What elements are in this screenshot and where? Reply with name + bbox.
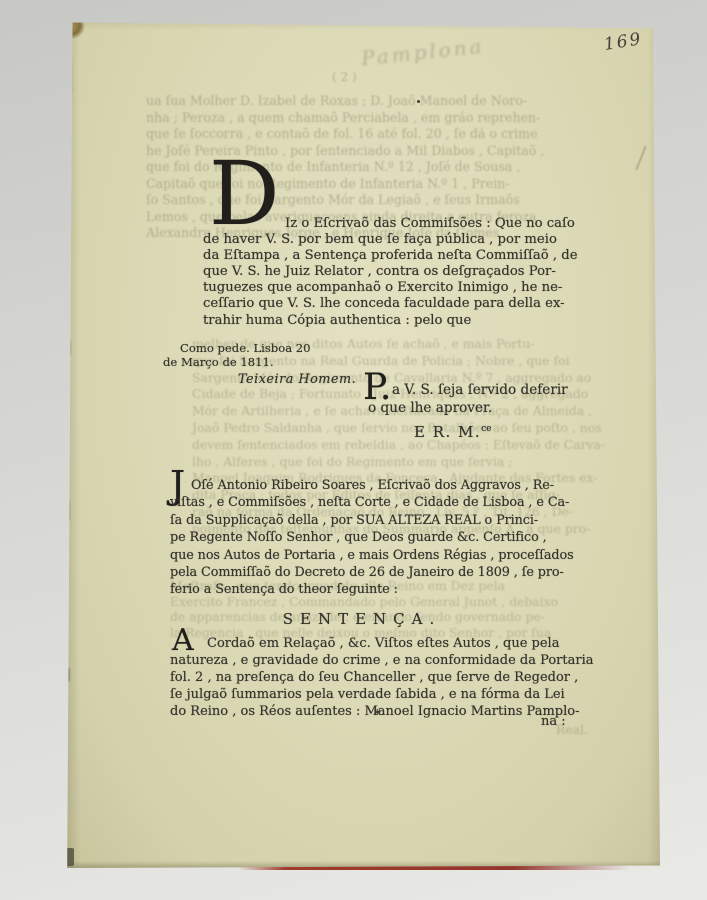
er-superscript: ce [481, 424, 491, 434]
text-line: do Reino , os Réos auſentes : Manoel Ign… [170, 704, 594, 721]
showthrough-line: Joaõ Pedro Saldanha , que ſervio nos Bat… [192, 420, 605, 437]
showthrough-line: que ſe ſoccorra , e contaõ de fol. 16 at… [146, 126, 544, 143]
er-mce-formula: E R. M.ce [414, 423, 492, 441]
text-line: Cordaõ em Relaçaõ , &c. Viſtos eſtes Aut… [170, 636, 594, 653]
showthrough-folio-mark: ( 2 ) [332, 70, 357, 84]
pencil-annotation: Pamplona [360, 34, 485, 71]
hyphen-carry: na : [541, 714, 566, 729]
bottom-left-chip [64, 848, 74, 866]
text-line: viſtas , e Commiſsões , neſta Corte , e … [170, 494, 574, 511]
grant-date-line: Como pede. Lisboa 20 [180, 341, 311, 355]
text-line: ſe julgaõ ſummarios pela verdade ſabida … [170, 687, 594, 704]
text-line: que nos Autos de Portaria , e mais Orden… [170, 547, 574, 564]
text-line: tuguezes que acompanhaõ o Exercito Inimi… [203, 280, 578, 296]
text-line: Iz o Eſcrivaõ das Commiſsões : Que no ca… [203, 216, 578, 232]
text-line: pela Commiſſaõ do Decreto de 26 de Janei… [170, 564, 574, 581]
photo-background: ( 2 ) ua ſua Molher D. Izabel de Roxas ;… [0, 0, 707, 900]
text-line: que V. S. he Juiz Relator , contra os de… [203, 264, 578, 280]
folio-number-handwritten: 169 [603, 29, 644, 55]
text-line: ceſſario que V. S. lhe conceda faculdade… [203, 296, 578, 312]
showthrough-line: ua ſua Molher D. Izabel de Roxas ; D. Jo… [146, 93, 544, 110]
text-line: Oſé Antonio Ribeiro Soares , Eſcrivaõ do… [170, 477, 574, 494]
footnote-asterisk: * [374, 708, 381, 723]
grant-date: Como pede. Lisboa 20 de Março de 1811. [163, 341, 311, 369]
showthrough-line: Capitaõ que foi no Regimento de Infanter… [146, 176, 544, 193]
grant-date-line: de Março de 1811. [163, 355, 311, 369]
showthrough-line: he Joſé Pereira Pinto , por ſentenciado … [146, 143, 544, 160]
grant-line-1: a V. S. ſeja ſervido deferir [392, 382, 568, 398]
corner-stain [63, 17, 85, 39]
signature-teixeira-homem: Teixeira Homem. [238, 372, 356, 387]
ink-speck [417, 100, 420, 103]
showthrough-line: nha ; Peroza , a quem chamaõ Perciabela … [146, 110, 544, 127]
text-line: ferio a Sentença do theor ſeguinte : [170, 581, 574, 598]
stray-ink-stroke [635, 146, 647, 171]
certificate-paragraph: Oſé Antonio Ribeiro Soares , Eſcrivaõ do… [170, 477, 574, 599]
text-line: natureza , e gravidade do crime , e na c… [170, 653, 594, 670]
edge-chip [66, 58, 72, 94]
text-line: de haver V. S. por bem que ſe faça públi… [203, 232, 578, 248]
showthrough-line: devem ſentenciados em rebeldia , ao Chap… [192, 437, 605, 454]
sentenca-heading: SENTENÇA. [170, 610, 554, 628]
petition-paragraph: Iz o Eſcrivaõ das Commiſsões : Que no ca… [203, 216, 578, 329]
pamphlet-page: ( 2 ) ua ſua Molher D. Izabel de Roxas ;… [66, 20, 660, 868]
text-line: fol. 2 , na preſença do ſeu Chanceller ,… [170, 670, 594, 687]
edge-chip [65, 500, 70, 520]
edge-chip [66, 668, 70, 682]
grant-line-2: o que lhe aprover. [368, 400, 492, 416]
text-line: pe Regente Noſſo Senhor , que Deos guard… [170, 529, 574, 546]
text-line: da Eſtampa , a Sentença proferida neſta … [203, 248, 578, 264]
showthrough-line: que foi do Regimento de Infanteria N.º 1… [146, 159, 544, 176]
er-label: E R. M. [414, 423, 481, 441]
edge-chip [65, 135, 70, 157]
sentence-paragraph: Cordaõ em Relaçaõ , &c. Viſtos eſtes Aut… [170, 636, 594, 721]
showthrough-line: ſo Santos , que foi Sargento Mór da Legi… [146, 192, 544, 209]
edge-chip [66, 235, 70, 247]
text-line: trahir huma Cópia authentica : pelo que [203, 313, 578, 329]
text-line: ſa da Supplicaçaõ della , por SUA ALTEZA… [170, 512, 574, 529]
showthrough-line: lho , Alferes , que foi do Regimento em … [192, 454, 605, 471]
edge-chip [67, 340, 71, 356]
